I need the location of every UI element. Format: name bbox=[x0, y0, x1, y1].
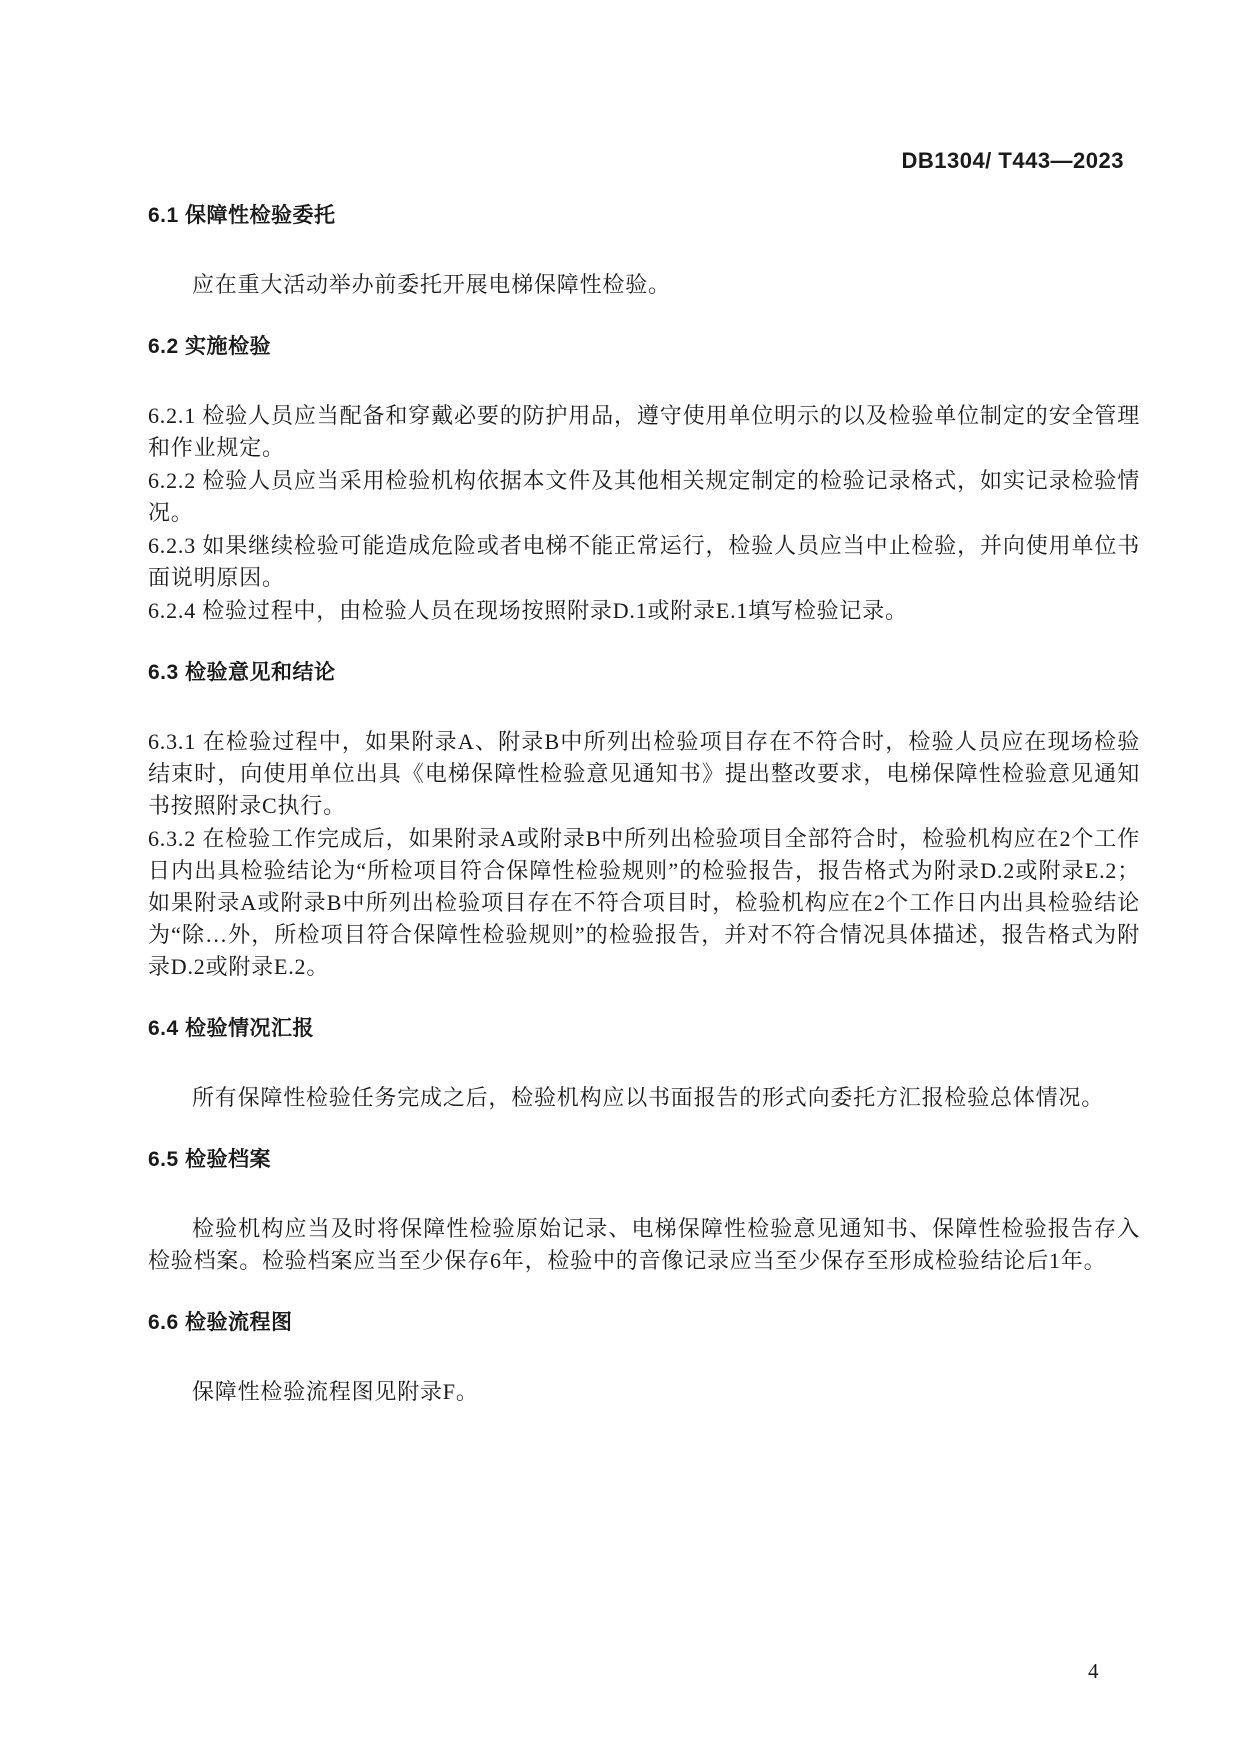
paragraph-6-2-2: 6.2.2 检验人员应当采用检验机构依据本文件及其他相关规定制定的检验记录格式，… bbox=[148, 465, 1140, 529]
paragraph-6-3-1: 6.3.1 在检验过程中，如果附录A、附录B中所列出检验项目存在不符合时，检验人… bbox=[148, 726, 1140, 822]
section-heading-6-5: 6.5 检验档案 bbox=[148, 1145, 1140, 1175]
section-heading-6-2: 6.2 实施检验 bbox=[148, 332, 1140, 362]
paragraph-6-2-1: 6.2.1 检验人员应当配备和穿戴必要的防护用品，遵守使用单位明示的以及检验单位… bbox=[148, 400, 1140, 464]
paragraph-6-6: 保障性检验流程图见附录F。 bbox=[148, 1376, 1140, 1408]
paragraph-6-2-3: 6.2.3 如果继续检验可能造成危险或者电梯不能正常运行，检验人员应当中止检验，… bbox=[148, 530, 1140, 594]
paragraph-6-4: 所有保障性检验任务完成之后，检验机构应以书面报告的形式向委托方汇报检验总体情况。 bbox=[148, 1082, 1140, 1114]
standard-number-header: DB1304/ T443—2023 bbox=[148, 149, 1140, 173]
section-heading-6-4: 6.4 检验情况汇报 bbox=[148, 1014, 1140, 1044]
document-page: DB1304/ T443—2023 6.1 保障性检验委托 应在重大活动举办前委… bbox=[0, 0, 1241, 1755]
paragraph-6-2-4: 6.2.4 检验过程中，由检验人员在现场按照附录D.1或附录E.1填写检验记录。 bbox=[148, 595, 1140, 627]
paragraph-6-5: 检验机构应当及时将保障性检验原始记录、电梯保障性检验意见通知书、保障性检验报告存… bbox=[148, 1213, 1140, 1277]
paragraph-6-1: 应在重大活动举办前委托开展电梯保障性检验。 bbox=[148, 269, 1140, 301]
paragraph-6-3-2: 6.3.2 在检验工作完成后，如果附录A或附录B中所列出检验项目全部符合时，检验… bbox=[148, 823, 1140, 983]
section-heading-6-1: 6.1 保障性检验委托 bbox=[148, 201, 1140, 231]
section-heading-6-3: 6.3 检验意见和结论 bbox=[148, 658, 1140, 688]
section-heading-6-6: 6.6 检验流程图 bbox=[148, 1308, 1140, 1338]
page-number: 4 bbox=[1088, 1658, 1099, 1684]
document-content: DB1304/ T443—2023 6.1 保障性检验委托 应在重大活动举办前委… bbox=[148, 0, 1140, 1408]
